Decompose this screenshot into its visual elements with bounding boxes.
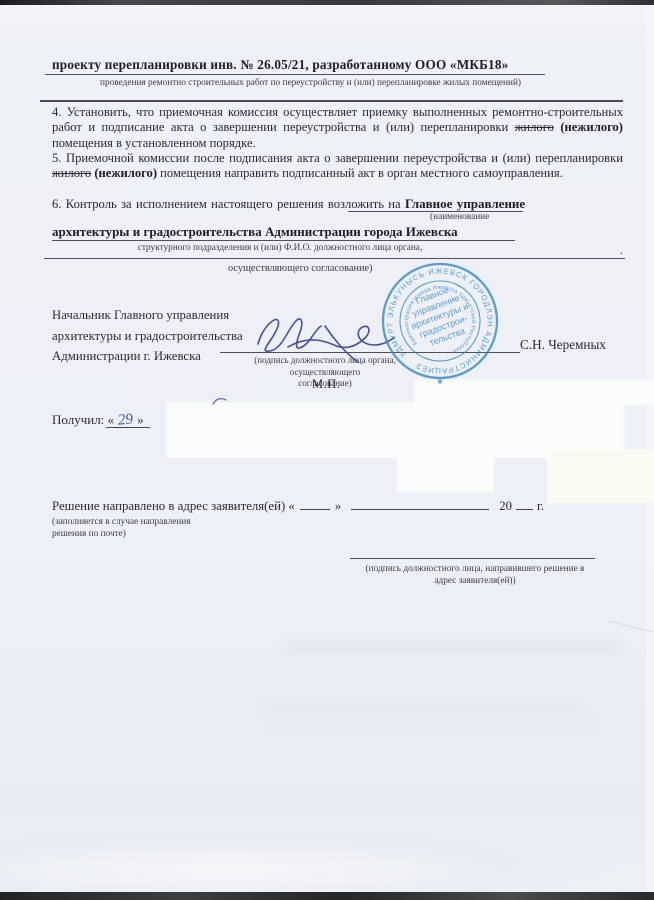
sent-text: Решение направлено в адрес заявителя(ей)… [52,499,295,513]
official-title-line-1: Начальник Главного управления [52,305,243,326]
bleed-through-2 [258,700,588,714]
official-title-block: Начальник Главного управления архитектур… [52,305,243,367]
paper-shading [0,835,654,892]
paragraph-4-strikethrough: жилого [515,120,554,134]
stamp-star: ✱ [437,378,443,386]
title-caption: проведения ремонтно строительных работ п… [100,78,490,88]
stamp-place-label: М.П. [312,377,340,392]
sent-note: (заполняется в случае направления решени… [52,516,191,540]
bleed-through-1 [285,641,620,656]
document-title-line: проекту перепланировки инв. № 26.05/21, … [52,57,508,73]
sent-signature-caption: (подпись должностного лица, направившего… [345,563,605,587]
sent-quote-close: » [335,499,341,513]
received-label: Получил: « [52,412,114,427]
scan-edge-bottom [0,892,654,900]
sent-line: Решение направлено в адрес заявителя(ей)… [52,498,544,514]
bleed-through-3 [262,718,602,731]
paragraph-4: 4. Установить, что приемочная комиссия о… [52,105,623,151]
redaction-box-3 [398,455,493,491]
paragraph-5: 5. Приемочной комиссии после подписания … [52,151,623,182]
title-underline [45,74,545,75]
paragraph-4-tail: помещения в установленном порядке. [52,136,256,150]
sent-year-blank [516,498,533,510]
sent-signature-caption-line-1: (подпись должностного лица, направившего… [345,563,605,575]
paragraph-6: 6. Контроль за исполнением настоящего ре… [52,196,525,212]
name-caption: (наименование [430,212,489,222]
official-round-stamp: УДМУРТ ЭЛЬКУНЫСЬ ИЖЕВСК ГОРОДЛЭН АДМИНИС… [372,253,508,389]
redaction-box-4 [548,450,654,502]
signer-name: С.Н. Черемных [520,337,606,353]
scan-edge-right [646,5,654,892]
sent-day-blank [300,498,330,510]
fill-line [44,258,625,259]
paragraph-5-tail: помещения направить подписанный акт в ор… [157,166,563,180]
official-title-line-2: архитектуры и градостроительства [52,326,243,347]
sent-signature-caption-line-2: адрес заявителя(ей)) [345,575,605,587]
received-quote-close: » [137,412,144,427]
official-title-line-3: Администрации г. Ижевска [52,346,243,367]
paragraph-5-text: 5. Приемочной комиссии после подписания … [52,151,623,165]
sent-note-line-1: (заполняется в случае направления [52,516,191,528]
section-rule [40,100,623,102]
approve-caption: осуществляющего согласование) [228,263,372,274]
sent-year-suffix: г. [537,499,544,513]
pen-mark [212,396,230,406]
paragraph-5-strikethrough: жилого [52,166,91,180]
scan-edge-top [0,0,654,5]
paragraph-6-bold: Главное управление [405,196,525,211]
sent-month-blank [351,498,489,510]
department-underline [52,240,515,241]
redaction-box-2 [167,403,623,457]
paragraph-6-text: 6. Контроль за исполнением настоящего ре… [52,197,405,211]
paragraph-5-bold: (нежилого) [94,166,157,180]
sent-signature-line [350,558,595,559]
department-caption: структурного подразделения и (или) Ф.И.О… [100,243,460,253]
received-blank-line [106,427,150,428]
line-period: . [620,243,623,258]
scanned-document-page: проекту перепланировки инв. № 26.05/21, … [0,0,654,900]
sent-note-line-2: решения по почте) [52,528,191,540]
department-line: архитектуры и градостроительства Админис… [52,224,458,240]
paragraph-4-bold: (нежилого) [560,120,623,134]
sent-year-prefix: 20 [499,499,512,513]
